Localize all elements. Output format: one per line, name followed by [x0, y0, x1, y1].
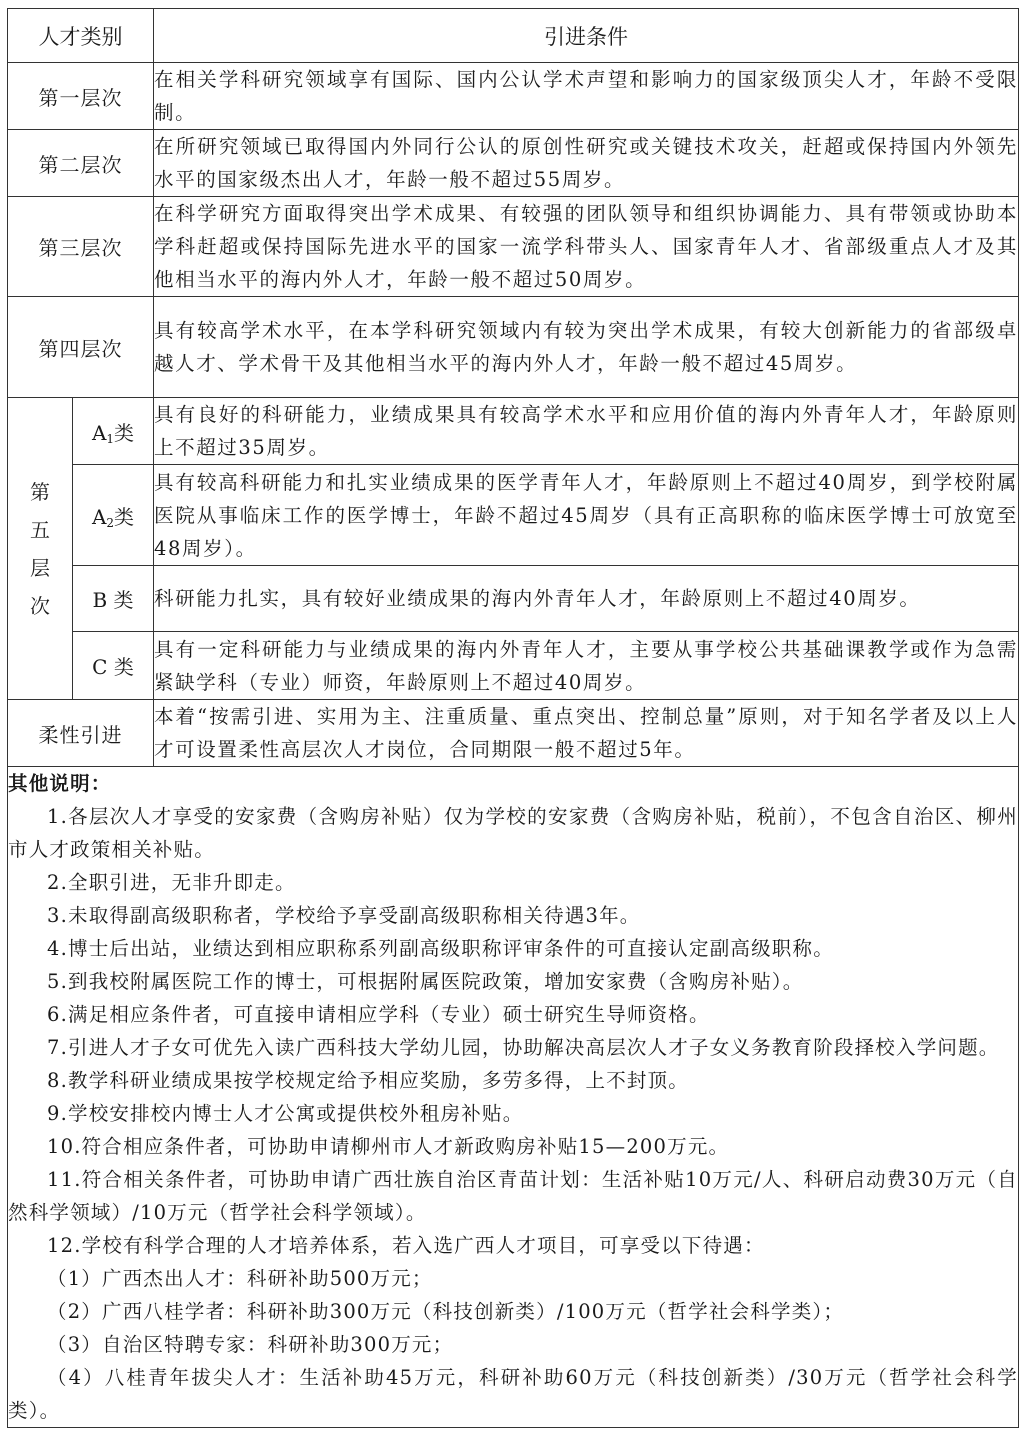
talent-policy-document: 人才类别 引进条件 第一层次 在相关学科研究领域享有国际、国内公认学术声望和影响… [7, 8, 1018, 1428]
row-category: 第一层次 [8, 63, 154, 130]
sub-suffix: 类 [114, 655, 134, 679]
row-category: 柔性引进 [8, 700, 154, 767]
category-char: 五 [8, 511, 72, 549]
notes-section: 其他说明： 1.各层次人才享受的安家费（含购房补贴）仅为学校的安家费（含购房补贴… [8, 767, 1019, 1428]
sub-label: A [92, 421, 106, 445]
note-item: 4.博士后出站，业绩达到相应职称系列副高级职称评审条件的可直接认定副高级职称。 [8, 932, 1018, 965]
note-item: 11.符合相关条件者，可协助申请广西壮族自治区青苗计划：生活补贴10万元/人、科… [8, 1163, 1018, 1229]
note-item: 12.学校有科学合理的人才培养体系，若入选广西人才项目，可享受以下待遇： [8, 1229, 1018, 1262]
note-item: 10.符合相应条件者，可协助申请柳州市人才新政购房补贴15—200万元。 [8, 1130, 1018, 1163]
sub-category-c: C 类 [73, 632, 154, 700]
table-row-fifth-c: C 类 具有一定科研能力与业绩成果的海内外青年人才，主要从事学校公共基础课教学或… [8, 632, 1019, 700]
header-category: 人才类别 [8, 9, 154, 63]
row-category: 第四层次 [8, 297, 154, 398]
sub-category-a1: A1类 [73, 398, 154, 465]
table-row-fifth-a1: 第 五 层 次 A1类 具有良好的科研能力，业绩成果具有较高学术水平和应用价值的… [8, 398, 1019, 465]
category-char: 第 [8, 473, 72, 511]
note-item: 3.未取得副高级职称者，学校给予享受副高级职称相关待遇3年。 [8, 899, 1018, 932]
table-row-flexible: 柔性引进 本着“按需引进、实用为主、注重质量、重点突出、控制总量”原则，对于知名… [8, 700, 1019, 767]
row-conditions: 在所研究领域已取得国内外同行公认的原创性研究或关键技术攻关，赶超或保持国内外领先… [154, 130, 1019, 197]
note-item: 2.全职引进，无非升即走。 [8, 866, 1018, 899]
table-row-fifth-b: B 类 科研能力扎实，具有较好业绩成果的海内外青年人才，年龄原则上不超过40周岁… [8, 566, 1019, 632]
sub-subscript: 2 [106, 516, 114, 530]
fifth-level-category: 第 五 层 次 [8, 398, 73, 700]
row-conditions: 科研能力扎实，具有较好业绩成果的海内外青年人才，年龄原则上不超过40周岁。 [154, 566, 1019, 632]
note-item: 7.引进人才子女可优先入读广西科技大学幼儿园，协助解决高层次人才子女义务教育阶段… [8, 1031, 1018, 1064]
note-subitem: （3）自治区特聘专家：科研补助300万元； [8, 1328, 1018, 1361]
note-subitem: （4）八桂青年拔尖人才：生活补助45万元，科研补助60万元（科技创新类）/30万… [8, 1361, 1018, 1427]
sub-subscript: 1 [106, 432, 114, 446]
row-category: 第三层次 [8, 197, 154, 297]
table-row: 第四层次 具有较高学术水平，在本学科研究领域内有较为突出学术成果，有较大创新能力… [8, 297, 1019, 398]
row-category: 第二层次 [8, 130, 154, 197]
note-subitem: （1）广西杰出人才：科研补助500万元； [8, 1262, 1018, 1295]
row-conditions: 在科学研究方面取得突出学术成果、有较强的团队领导和组织协调能力、具有带领或协助本… [154, 197, 1019, 297]
sub-label: A [92, 505, 106, 529]
header-conditions: 引进条件 [154, 9, 1019, 63]
table-row: 第三层次 在科学研究方面取得突出学术成果、有较强的团队领导和组织协调能力、具有带… [8, 197, 1019, 297]
table-header-row: 人才类别 引进条件 [8, 9, 1019, 63]
row-conditions: 本着“按需引进、实用为主、注重质量、重点突出、控制总量”原则，对于知名学者及以上… [154, 700, 1019, 767]
table-row: 第一层次 在相关学科研究领域享有国际、国内公认学术声望和影响力的国家级顶尖人才，… [8, 63, 1019, 130]
row-conditions: 具有较高科研能力和扎实业绩成果的医学青年人才，年龄原则上不超过40周岁，到学校附… [154, 465, 1019, 566]
table-row-fifth-a2: A2类 具有较高科研能力和扎实业绩成果的医学青年人才，年龄原则上不超过40周岁，… [8, 465, 1019, 566]
note-item: 1.各层次人才享受的安家费（含购房补贴）仅为学校的安家费（含购房补贴，税前），不… [8, 800, 1018, 866]
sub-category-b: B 类 [73, 566, 154, 632]
row-conditions: 具有良好的科研能力，业绩成果具有较高学术水平和应用价值的海内外青年人才，年龄原则… [154, 398, 1019, 465]
note-item: 6.满足相应条件者，可直接申请相应学科（专业）硕士研究生导师资格。 [8, 998, 1018, 1031]
category-char: 次 [8, 587, 72, 625]
row-conditions: 具有一定科研能力与业绩成果的海内外青年人才，主要从事学校公共基础课教学或作为急需… [154, 632, 1019, 700]
sub-suffix: 类 [114, 588, 134, 612]
sub-label: C [92, 655, 114, 679]
sub-category-a2: A2类 [73, 465, 154, 566]
note-item: 9.学校安排校内博士人才公寓或提供校外租房补贴。 [8, 1097, 1018, 1130]
notes-row: 其他说明： 1.各层次人才享受的安家费（含购房补贴）仅为学校的安家费（含购房补贴… [8, 767, 1019, 1428]
sub-suffix: 类 [114, 505, 134, 529]
sub-suffix: 类 [114, 421, 134, 445]
category-char: 层 [8, 549, 72, 587]
row-conditions: 在相关学科研究领域享有国际、国内公认学术声望和影响力的国家级顶尖人才，年龄不受限… [154, 63, 1019, 130]
row-conditions: 具有较高学术水平，在本学科研究领域内有较为突出学术成果，有较大创新能力的省部级卓… [154, 297, 1019, 398]
talent-conditions-table: 人才类别 引进条件 第一层次 在相关学科研究领域享有国际、国内公认学术声望和影响… [7, 8, 1019, 1428]
notes-title: 其他说明： [8, 767, 1018, 800]
table-row: 第二层次 在所研究领域已取得国内外同行公认的原创性研究或关键技术攻关，赶超或保持… [8, 130, 1019, 197]
note-item: 5.到我校附属医院工作的博士，可根据附属医院政策，增加安家费（含购房补贴）。 [8, 965, 1018, 998]
note-item: 8.教学科研业绩成果按学校规定给予相应奖励，多劳多得，上不封顶。 [8, 1064, 1018, 1097]
note-subitem: （2）广西八桂学者：科研补助300万元（科技创新类）/100万元（哲学社会科学类… [8, 1295, 1018, 1328]
sub-label: B [92, 588, 113, 612]
